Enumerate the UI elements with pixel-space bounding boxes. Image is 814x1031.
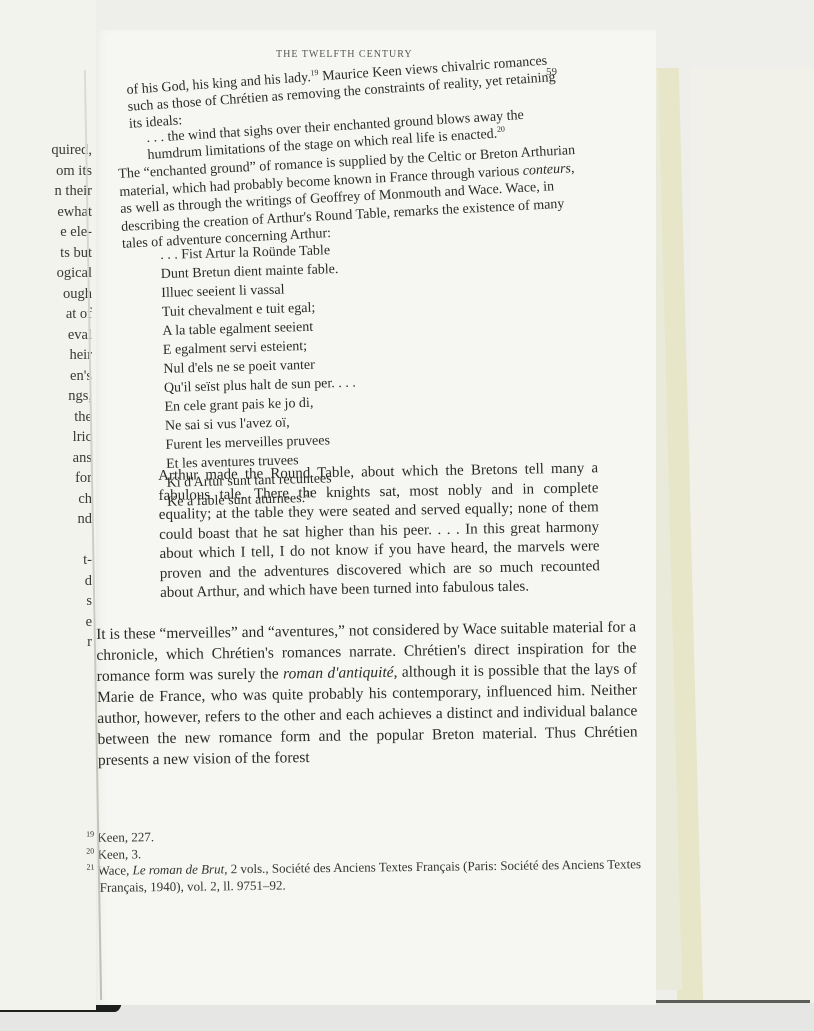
text-fragment: lric — [0, 427, 92, 448]
text-fragment: om its — [0, 161, 92, 182]
text-fragment: e — [0, 612, 92, 633]
footnote-text: Keen, 3. — [97, 846, 141, 862]
text-fragment: ans — [0, 448, 92, 469]
footnote-number: 19 — [86, 830, 94, 839]
footnote-21: 21 Wace, Le roman de Brut, 2 vols., Soci… — [86, 856, 646, 896]
text-fragment: heir — [0, 345, 92, 366]
text-fragment: for — [0, 468, 92, 489]
translation-quote: Arthur made the Round Table, about which… — [158, 459, 600, 603]
text-fragment: ewhat — [0, 202, 92, 223]
footnote-text: Keen, 227. — [97, 829, 154, 845]
footnote-number: 21 — [86, 863, 94, 872]
text-fragment: ough — [0, 284, 92, 305]
text-fragment: n their — [0, 181, 92, 202]
left-page-text: quired, om its n their ewhat e ele- ts b… — [0, 140, 92, 653]
text-fragment: at of — [0, 304, 92, 325]
footnote-text: Wace, — [97, 862, 132, 877]
text-fragment: eval — [0, 325, 92, 346]
text-fragment: e ele- — [0, 222, 92, 243]
paragraph-merveilles: It is these “merveilles” and “aventures,… — [96, 616, 638, 771]
text-fragment: d — [0, 571, 92, 592]
right-page: THE TWELFTH CENTURY 59 of his God, his k… — [96, 30, 656, 1005]
text-fragment: the — [0, 407, 92, 428]
text-fragment — [0, 530, 92, 551]
footnote-number: 20 — [86, 846, 94, 855]
text-fragment: ogical — [0, 263, 92, 284]
text-fragment: en's — [0, 366, 92, 387]
italic-term: roman d'antiquité — [283, 664, 394, 683]
text-fragment: ts but — [0, 243, 92, 264]
footnote-ref: 20 — [497, 124, 506, 133]
background-right — [690, 68, 814, 1003]
running-head: THE TWELFTH CENTURY — [276, 49, 413, 60]
italic-term: conteurs — [522, 161, 571, 179]
footnotes: 19 Keen, 227. 20 Keen, 3. 21 Wace, Le ro… — [86, 823, 647, 896]
text-fragment: quired, — [0, 140, 92, 161]
text-fragment: t- — [0, 550, 92, 571]
text-fragment: r — [0, 632, 92, 653]
footnote-title: Le roman de Brut — [132, 861, 224, 877]
text-fragment: ngs, — [0, 386, 92, 407]
left-page: quired, om its n their ewhat e ele- ts b… — [0, 0, 96, 1010]
text-fragment: ch — [0, 489, 92, 510]
text-fragment: s — [0, 591, 92, 612]
text-fragment: nd — [0, 509, 92, 530]
